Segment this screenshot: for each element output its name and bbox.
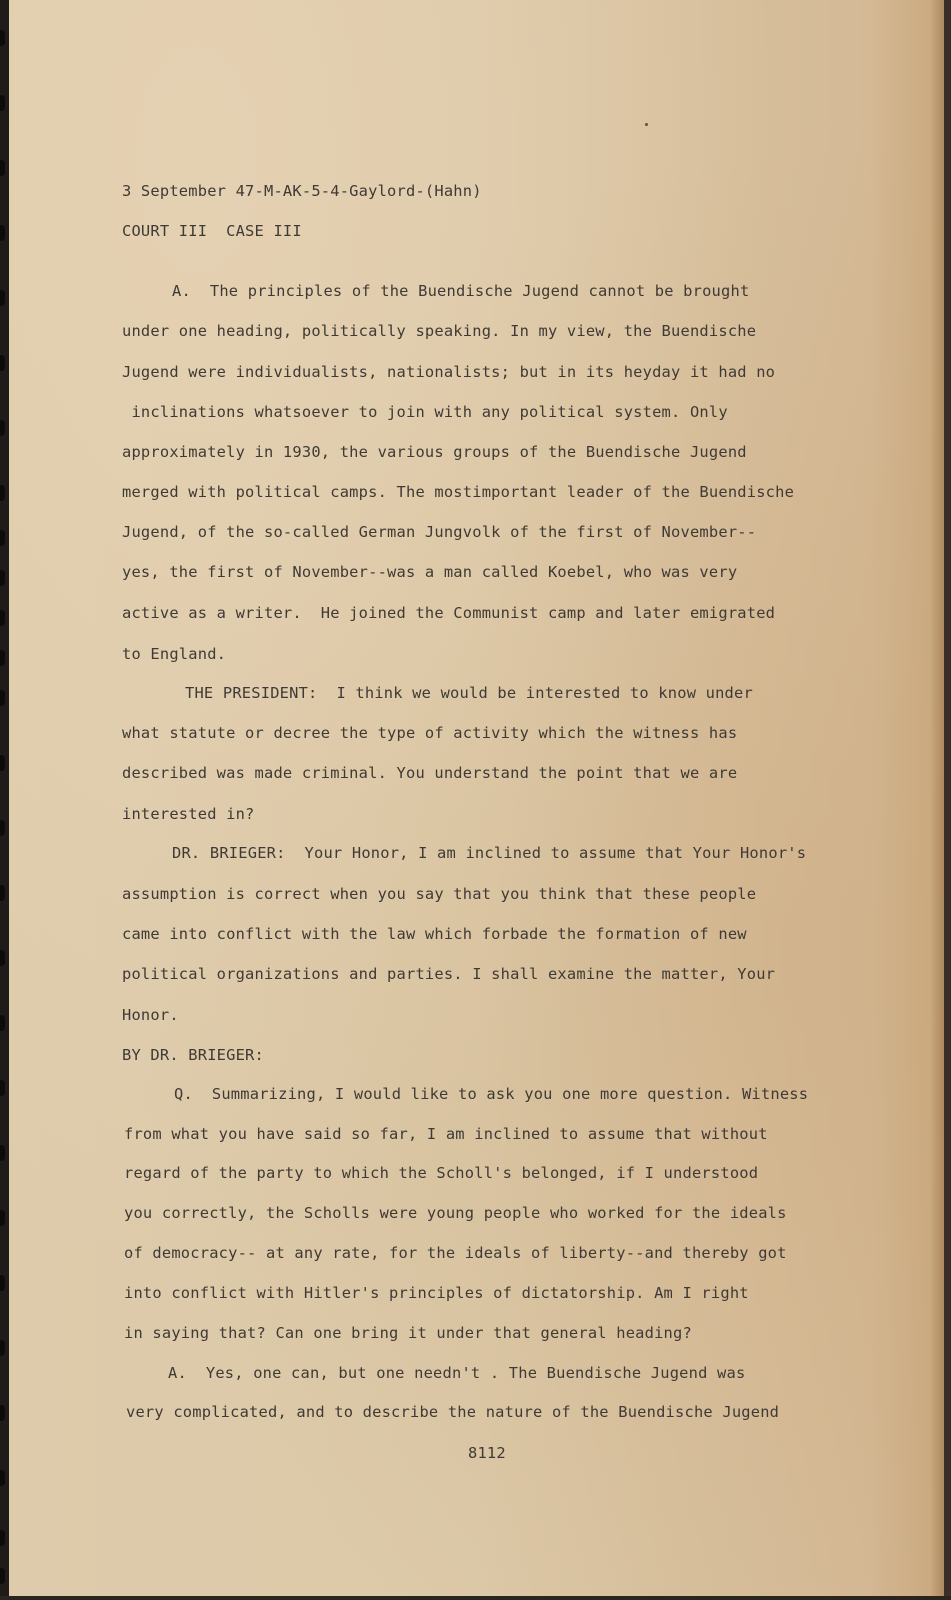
president-statement-line: interested in? — [122, 807, 255, 822]
testimony-line: Jugend, of the so-called German Jungvolk… — [122, 525, 756, 540]
sprocket-hole — [0, 225, 5, 241]
question-line: of democracy-- at any rate, for the idea… — [124, 1246, 787, 1261]
testimony-line: approximately in 1930, the various group… — [122, 445, 747, 460]
sprocket-hole — [0, 1530, 5, 1546]
sprocket-hole — [0, 485, 5, 501]
question-line: Q. Summarizing, I would like to ask you … — [174, 1087, 808, 1102]
sprocket-hole — [0, 1275, 5, 1291]
sprocket-hole — [0, 950, 5, 966]
answer-line: A. Yes, one can, but one needn't . The B… — [168, 1366, 745, 1381]
testimony-line: under one heading, politically speaking.… — [122, 324, 756, 339]
sprocket-hole — [0, 1015, 5, 1031]
testimony-line: inclinations whatsoever to join with any… — [122, 405, 728, 420]
sprocket-hole — [0, 355, 5, 371]
president-statement-line: described was made criminal. You underst… — [122, 766, 737, 781]
court-case-line: COURT III CASE III — [122, 224, 302, 239]
sprocket-hole — [0, 1080, 5, 1096]
sprocket-hole — [0, 30, 5, 46]
question-line: you correctly, the Scholls were young pe… — [124, 1206, 787, 1221]
question-line: from what you have said so far, I am inc… — [124, 1127, 768, 1142]
sprocket-hole — [0, 1340, 5, 1356]
sprocket-hole — [0, 1405, 5, 1421]
film-border-right — [944, 0, 951, 1600]
counsel-statement-line: Honor. — [122, 1008, 179, 1023]
ink-speck — [645, 123, 648, 126]
document-page: 3 September 47-M-AK-5-4-Gaylord-(Hahn) C… — [9, 0, 944, 1596]
question-line: in saying that? Can one bring it under t… — [124, 1326, 692, 1341]
film-border-bottom — [0, 1596, 951, 1600]
question-line: regard of the party to which the Scholl'… — [124, 1166, 758, 1181]
testimony-line: A. The principles of the Buendische Juge… — [172, 284, 749, 299]
sprocket-hole — [0, 690, 5, 706]
sprocket-hole — [0, 420, 5, 436]
examination-heading: BY DR. BRIEGER: — [122, 1048, 264, 1063]
testimony-line: active as a writer. He joined the Commun… — [122, 606, 775, 621]
question-line: into conflict with Hitler's principles o… — [124, 1286, 749, 1301]
document-header-line: 3 September 47-M-AK-5-4-Gaylord-(Hahn) — [122, 184, 482, 199]
sprocket-hole — [0, 95, 5, 111]
testimony-line: merged with political camps. The mostimp… — [122, 485, 794, 500]
counsel-statement-line: political organizations and parties. I s… — [122, 967, 775, 982]
sprocket-hole — [0, 1210, 5, 1226]
counsel-statement-line: assumption is correct when you say that … — [122, 887, 756, 902]
sprocket-hole — [0, 885, 5, 901]
sprocket-hole — [0, 1145, 5, 1161]
page-number: 8112 — [468, 1446, 506, 1461]
sprocket-hole — [0, 530, 5, 546]
sprocket-hole — [0, 820, 5, 836]
sprocket-hole — [0, 290, 5, 306]
film-border-left — [0, 0, 9, 1600]
counsel-statement-line: came into conflict with the law which fo… — [122, 927, 747, 942]
sprocket-hole — [0, 570, 5, 586]
sprocket-hole — [0, 160, 5, 176]
testimony-line: Jugend were individualists, nationalists… — [122, 365, 775, 380]
testimony-line: to England. — [122, 647, 226, 662]
sprocket-hole — [0, 1470, 5, 1486]
president-statement-line: what statute or decree the type of activ… — [122, 726, 737, 741]
sprocket-hole — [0, 755, 5, 771]
president-statement-line: THE PRESIDENT: I think we would be inter… — [185, 686, 753, 701]
sprocket-hole — [0, 1568, 5, 1584]
answer-line: very complicated, and to describe the na… — [126, 1405, 779, 1420]
counsel-statement-line: DR. BRIEGER: Your Honor, I am inclined t… — [172, 846, 806, 861]
sprocket-hole — [0, 650, 5, 666]
sprocket-hole — [0, 610, 5, 626]
testimony-line: yes, the first of November--was a man ca… — [122, 565, 737, 580]
